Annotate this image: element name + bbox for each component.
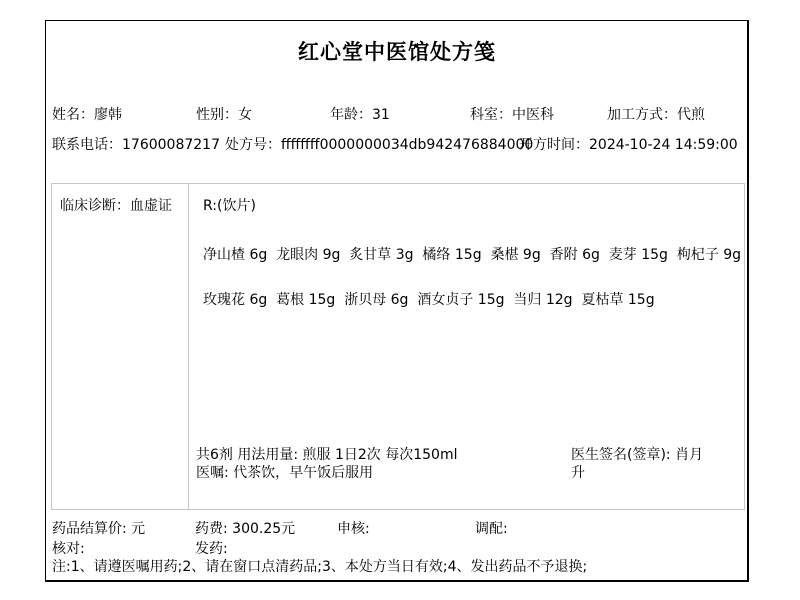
- advice-label: 医嘱:: [196, 465, 233, 481]
- patient-gender-label: 性别：: [196, 107, 238, 123]
- patient-name-value: 廖韩: [94, 107, 122, 123]
- diagnosis-label: 临床诊断：: [60, 198, 130, 214]
- fee-field: 药费: 300.25元: [195, 520, 295, 538]
- settle-price-value: 元: [131, 521, 145, 537]
- rx-number-label: 处方号：: [225, 137, 281, 153]
- department-label: 科室：: [470, 107, 512, 123]
- rx-header: R:(饮片): [203, 197, 256, 215]
- patient-name-label: 姓名：: [52, 107, 94, 123]
- herb-line-1: 净山楂 6g 龙眼肉 9g 炙甘草 3g 橘络 15g 桑椹 9g 香附 6g …: [203, 246, 741, 264]
- diagnosis-field: 临床诊断：血虚证: [60, 197, 172, 215]
- page-title: 红心堂中医馆处方笺: [45, 36, 749, 66]
- open-time-label: 开方时间：: [519, 137, 589, 153]
- dispense-field: 调配:: [475, 520, 508, 538]
- processing-label: 加工方式：: [607, 107, 677, 123]
- phone-field: 联系电话：17600087217: [52, 136, 220, 154]
- patient-name-field: 姓名：廖韩: [52, 106, 122, 124]
- check-field: 核对:: [52, 540, 85, 558]
- rx-number-field: 处方号：ffffffff0000000034db942476884000: [225, 136, 533, 154]
- phone-value: 17600087217: [122, 137, 220, 153]
- herb-line-2: 玫瑰花 6g 葛根 15g 浙贝母 6g 酒女贞子 15g 当归 12g 夏枯草…: [203, 291, 655, 309]
- patient-gender-field: 性别：女: [196, 106, 252, 124]
- dosage-line: 共6剂 用法用量: 煎服 1日2次 每次150ml: [196, 446, 458, 464]
- diagnosis-divider: [188, 184, 189, 509]
- diagnosis-value: 血虚证: [130, 198, 172, 214]
- doctor-signature-label: 医生签名(签章):: [571, 447, 675, 463]
- open-time-value: 2024-10-24 14:59:00: [589, 137, 738, 153]
- fee-value: 300.25元: [232, 521, 295, 537]
- patient-age-label: 年龄：: [330, 107, 372, 123]
- issue-field: 发药:: [195, 540, 228, 558]
- department-field: 科室：中医科: [470, 106, 554, 124]
- fee-label: 药费:: [195, 521, 232, 537]
- patient-gender-value: 女: [238, 107, 252, 123]
- footer-note: 注:1、请遵医嘱用药;2、请在窗口点清药品;3、本处方当日有效;4、发出药品不予…: [52, 558, 587, 576]
- department-value: 中医科: [512, 107, 554, 123]
- patient-age-field: 年龄：31: [330, 106, 390, 124]
- phone-label: 联系电话：: [52, 137, 122, 153]
- prescription-page: 红心堂中医馆处方笺 姓名：廖韩 性别：女 年龄：31 科室：中医科 加工方式：代…: [0, 0, 800, 600]
- settle-price-label: 药品结算价:: [52, 521, 131, 537]
- processing-field: 加工方式：代煎: [607, 106, 705, 124]
- review-field: 申核:: [337, 520, 370, 538]
- patient-age-value: 31: [372, 107, 390, 123]
- processing-value: 代煎: [677, 107, 705, 123]
- advice-line: 医嘱: 代茶饮，早午饭后服用: [196, 464, 373, 482]
- advice-value: 代茶饮，早午饭后服用: [233, 465, 373, 481]
- open-time-field: 开方时间：2024-10-24 14:59:00: [519, 136, 738, 154]
- doctor-signature: 医生签名(签章): 肖月升: [571, 446, 713, 482]
- settle-price-field: 药品结算价: 元: [52, 520, 145, 538]
- rx-number-value: ffffffff0000000034db942476884000: [281, 137, 533, 153]
